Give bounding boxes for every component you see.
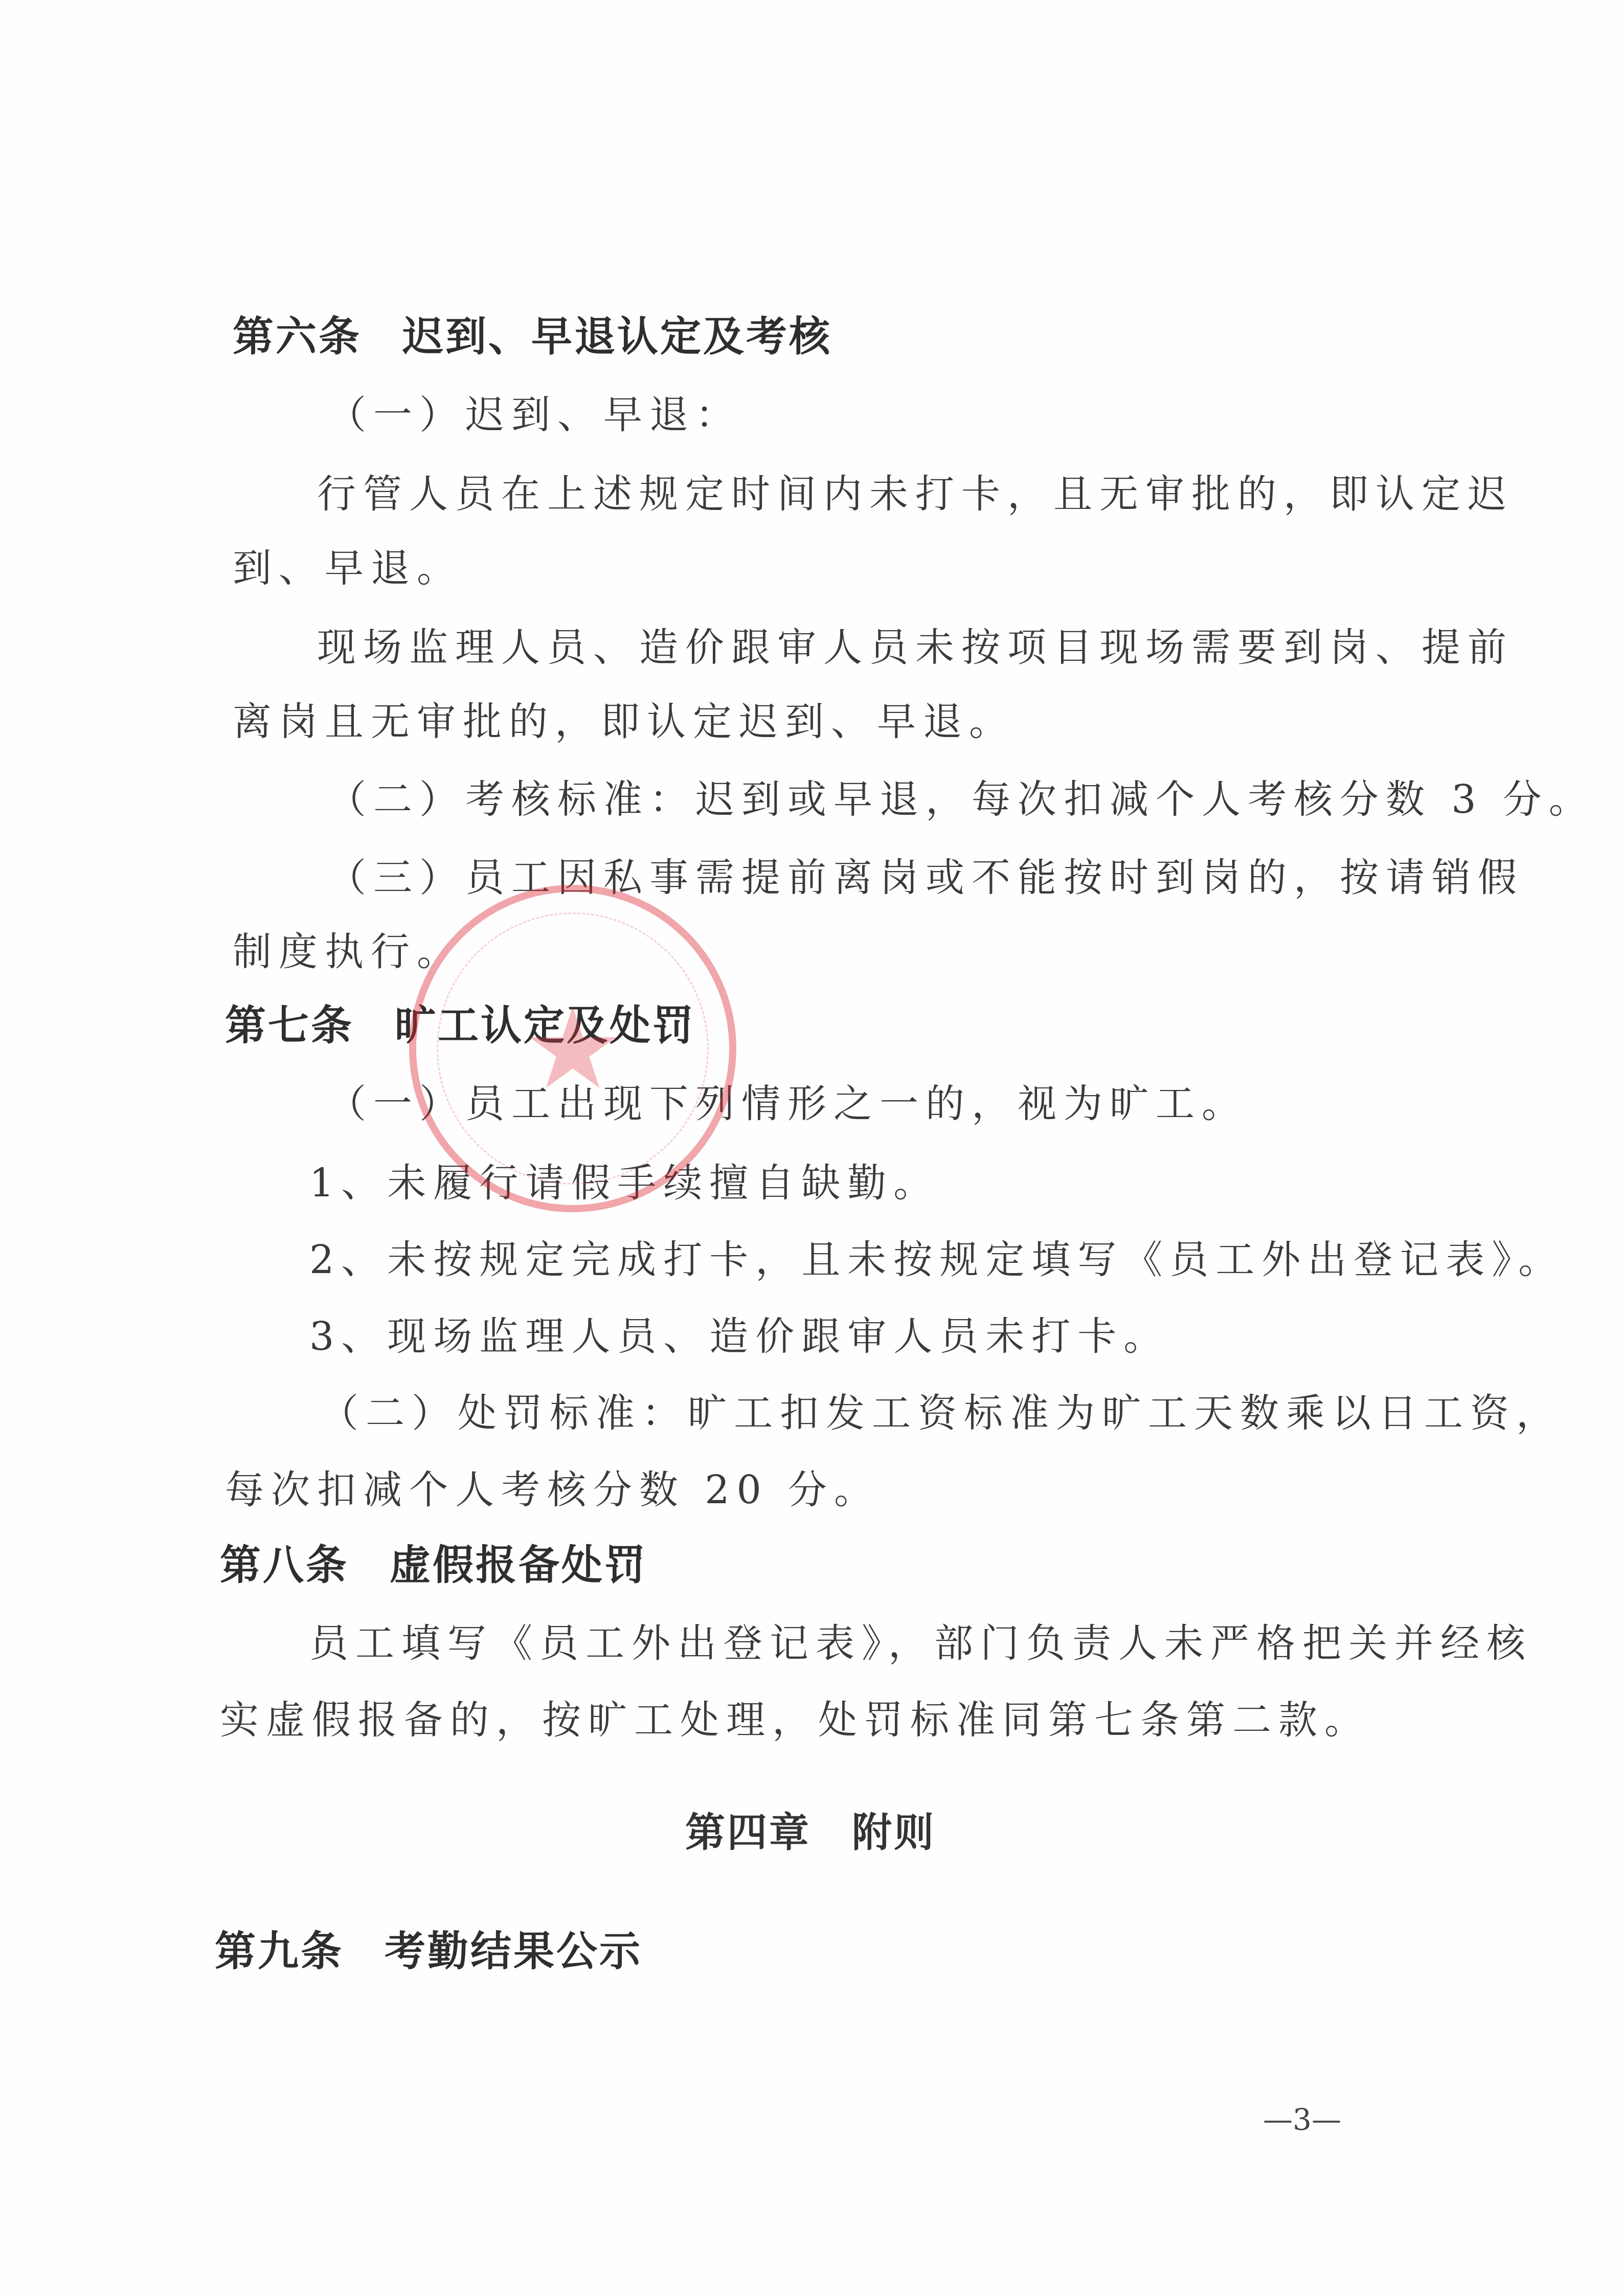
article-6-line-8: 制度执行。 xyxy=(233,932,463,971)
article-8-title: 虚假报备处罚 xyxy=(390,1541,647,1589)
article-7-line-4: 3、现场监理人员、造价跟审人员未打卡。 xyxy=(309,1317,1169,1356)
article-7-line-1: （一）员工出现下列情形之一的，视为旷工。 xyxy=(327,1084,1248,1123)
article-6-line-3: 到、早退。 xyxy=(233,549,463,588)
article-8-heading: 第八条虚假报备处罚 xyxy=(220,1545,647,1586)
article-7-title: 旷工认定及处罚 xyxy=(395,1001,695,1049)
article-7-line-6: 每次扣减个人考核分数 20 分。 xyxy=(225,1470,880,1509)
article-7-line-3: 2、未按规定完成打卡，且未按规定填写《员工外出登记表》。 xyxy=(309,1240,1564,1279)
article-7-line-2: 1、未履行请假手续擅自缺勤。 xyxy=(309,1164,939,1202)
article-6-line-4: 现场监理人员、造价跟审人员未按项目现场需要到岗、提前 xyxy=(317,628,1514,667)
article-8-line-1: 员工填写《员工外出登记表》，部门负责人未严格把关并经核 xyxy=(309,1624,1532,1663)
article-6-line-6: （二）考核标准：迟到或早退，每次扣减个人考核分数 3 分。 xyxy=(327,780,1595,819)
document-page: 第六条迟到、早退认定及考核 （一）迟到、早退： 行管人员在上述规定时间内未打卡，… xyxy=(0,0,1623,2296)
chapter-4-title: 附则 xyxy=(852,1810,936,1856)
article-7-line-5: （二）处罚标准：旷工扣发工资标准为旷工天数乘以日工资， xyxy=(320,1394,1562,1433)
article-6-line-7: （三）员工因私事需提前离岗或不能按时到岗的，按请销假 xyxy=(327,858,1524,897)
article-6-line-2: 行管人员在上述规定时间内未打卡，且无审批的，即认定迟 xyxy=(317,475,1514,514)
page-number: —3— xyxy=(1263,2102,1341,2137)
article-9-heading: 第九条考勤结果公示 xyxy=(215,1931,642,1972)
article-6-title: 迟到、早退认定及考核 xyxy=(402,313,832,360)
article-6-line-1: （一）迟到、早退： xyxy=(327,395,741,434)
article-6-number: 第六条 xyxy=(233,313,362,360)
article-8-line-2: 实虚假报备的，按旷工处理，处罚标准同第七条第二款。 xyxy=(220,1701,1370,1740)
article-6-heading: 第六条迟到、早退认定及考核 xyxy=(233,316,832,357)
chapter-4-number: 第四章 xyxy=(685,1810,811,1856)
article-6-line-5: 离岗且无审批的，即认定迟到、早退。 xyxy=(233,702,1015,741)
article-8-number: 第八条 xyxy=(220,1541,349,1589)
chapter-4-heading: 第四章附则 xyxy=(685,1813,936,1853)
article-9-number: 第九条 xyxy=(215,1927,344,1975)
article-7-number: 第七条 xyxy=(225,1001,354,1049)
article-9-title: 考勤结果公示 xyxy=(385,1927,642,1975)
article-7-heading: 第七条旷工认定及处罚 xyxy=(225,1005,695,1046)
